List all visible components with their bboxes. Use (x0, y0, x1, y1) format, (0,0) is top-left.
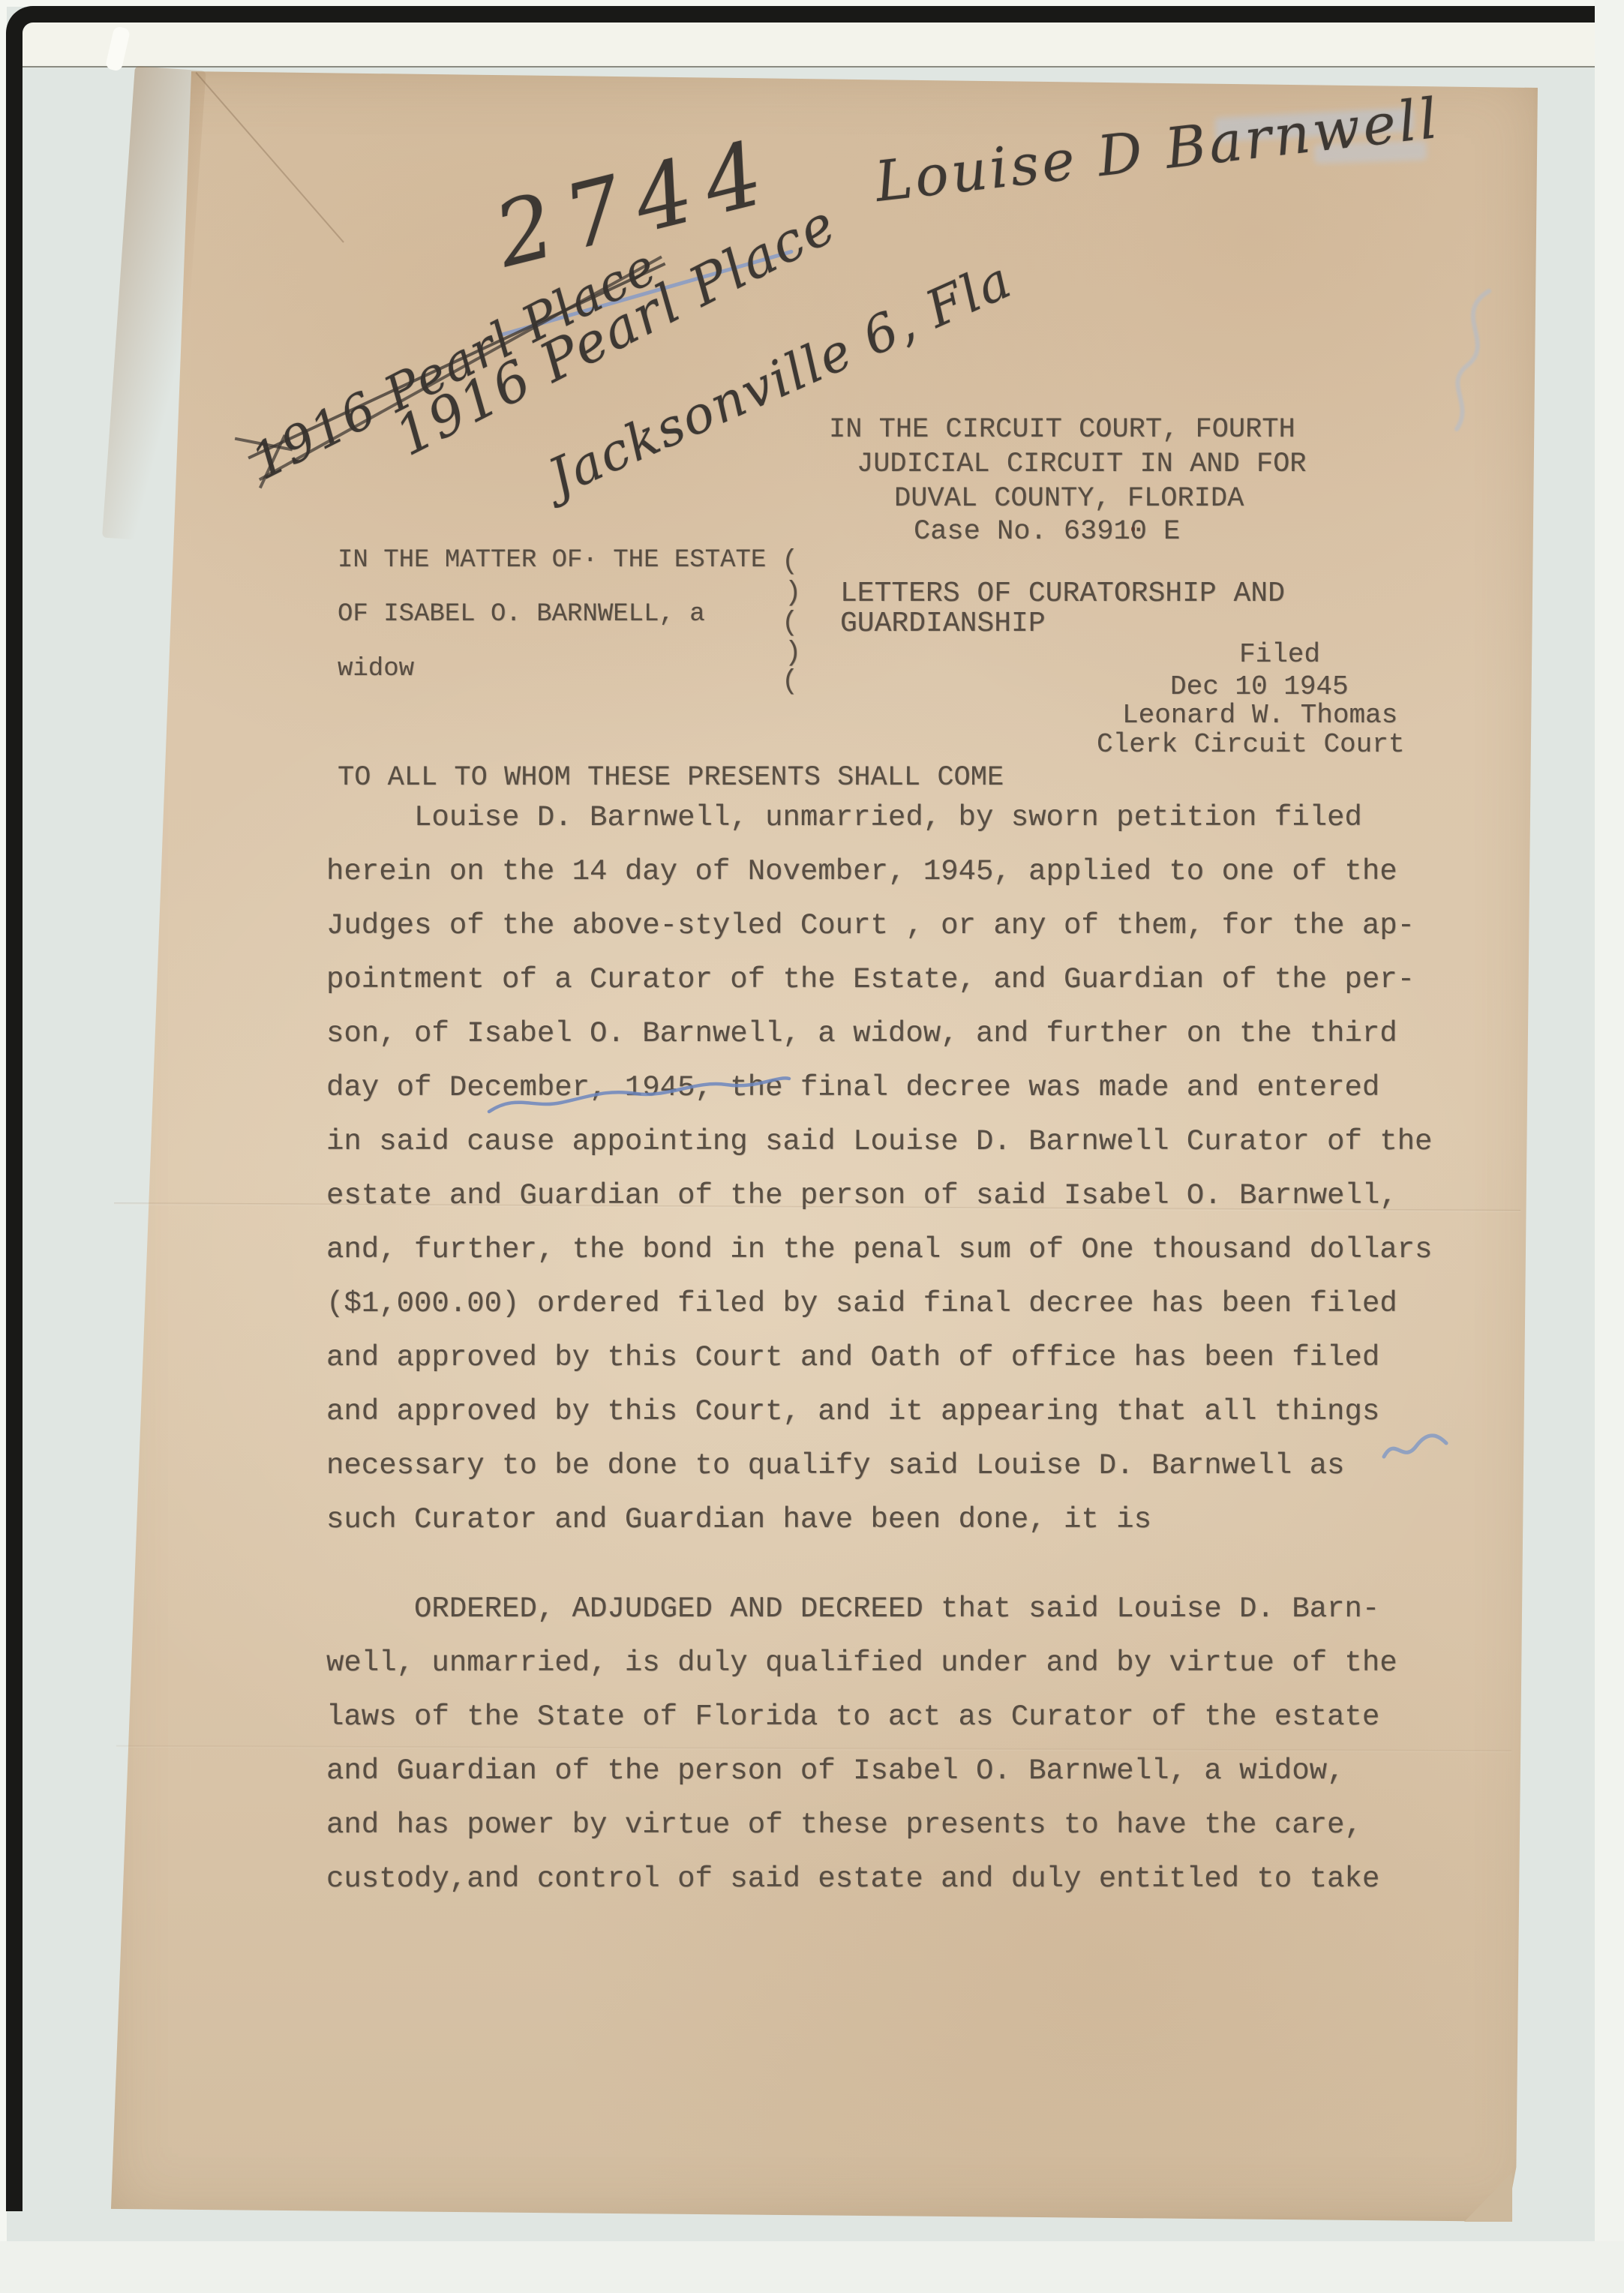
body-line: Judges of the above-styled Court , or an… (326, 909, 1415, 942)
blue-wavy-underline (486, 1071, 794, 1119)
salutation-line: TO ALL TO WHOM THESE PRESENTS SHALL COME (338, 762, 1004, 794)
body-line: and approved by this Court, and it appea… (326, 1395, 1379, 1428)
body-line: Louise D. Barnwell, unmarried, by sworn … (326, 801, 1362, 834)
scanned-document-page: 2744 Louise D Barnwell 1916 Pearl Place … (0, 0, 1624, 2293)
scan-edge-bottom (0, 2241, 1624, 2293)
body-line: and, further, the bond in the penal sum … (326, 1233, 1432, 1266)
filed-stamp-line: Filed (1239, 639, 1320, 670)
caption-bracket: ( (782, 608, 798, 639)
body-line: ($1,000.00) ordered filed by said final … (326, 1287, 1397, 1320)
body-line: herein on the 14 day of November, 1945, … (326, 855, 1397, 888)
caption-party-line: OF ISABEL O. BARNWELL, a (338, 600, 705, 629)
body-line: pointment of a Curator of the Estate, an… (326, 963, 1415, 996)
caption-bracket: ( (782, 666, 798, 698)
body-line: ORDERED, ADJUDGED AND DECREED that said … (326, 1592, 1379, 1625)
caption-bracket: ( (782, 546, 798, 578)
body-line: day of December, 1945, the final decree … (326, 1071, 1379, 1104)
body-line: such Curator and Guardian have been done… (326, 1503, 1151, 1536)
court-heading-line: IN THE CIRCUIT COURT, FOURTH (829, 414, 1295, 446)
body-line: laws of the State of Florida to act as C… (326, 1700, 1379, 1733)
faint-blue-squiggle (1425, 285, 1515, 435)
document-title-line: LETTERS OF CURATORSHIP AND (840, 578, 1285, 610)
body-line: well, unmarried, is duly qualified under… (326, 1646, 1397, 1679)
caption-bracket: ) (785, 578, 801, 609)
blue-checkmark-squiggle (1380, 1424, 1451, 1476)
body-line: custody,and control of said estate and d… (326, 1862, 1379, 1895)
court-heading-line: DUVAL COUNTY, FLORIDA (894, 483, 1244, 515)
body-line: and Guardian of the person of Isabel O. … (326, 1754, 1344, 1787)
body-line: necessary to be done to qualify said Lou… (326, 1449, 1344, 1482)
filed-stamp-line: Leonard W. Thomas (1122, 700, 1397, 731)
body-line: and has power by virtue of these present… (326, 1808, 1362, 1841)
filed-stamp-line: Clerk Circuit Court (1097, 729, 1404, 760)
document-title-line: GUARDIANSHIP (840, 608, 1046, 640)
court-heading-line: JUDICIAL CIRCUIT IN AND FOR (857, 449, 1307, 480)
filed-stamp-line: Dec 10 1945 (1170, 671, 1349, 702)
court-heading-line: Case No. 63910 E (914, 516, 1180, 548)
caption-party-line: IN THE MATTER OF· THE ESTATE (338, 546, 766, 575)
caption-bracket: ) (785, 638, 801, 669)
body-line: and approved by this Court and Oath of o… (326, 1341, 1379, 1374)
body-line: estate and Guardian of the person of sai… (326, 1179, 1397, 1212)
body-line: in said cause appointing said Louise D. … (326, 1125, 1432, 1158)
body-line: son, of Isabel O. Barnwell, a widow, and… (326, 1017, 1397, 1050)
caption-party-line: widow (338, 655, 414, 683)
scan-edge-right (1595, 0, 1624, 2293)
